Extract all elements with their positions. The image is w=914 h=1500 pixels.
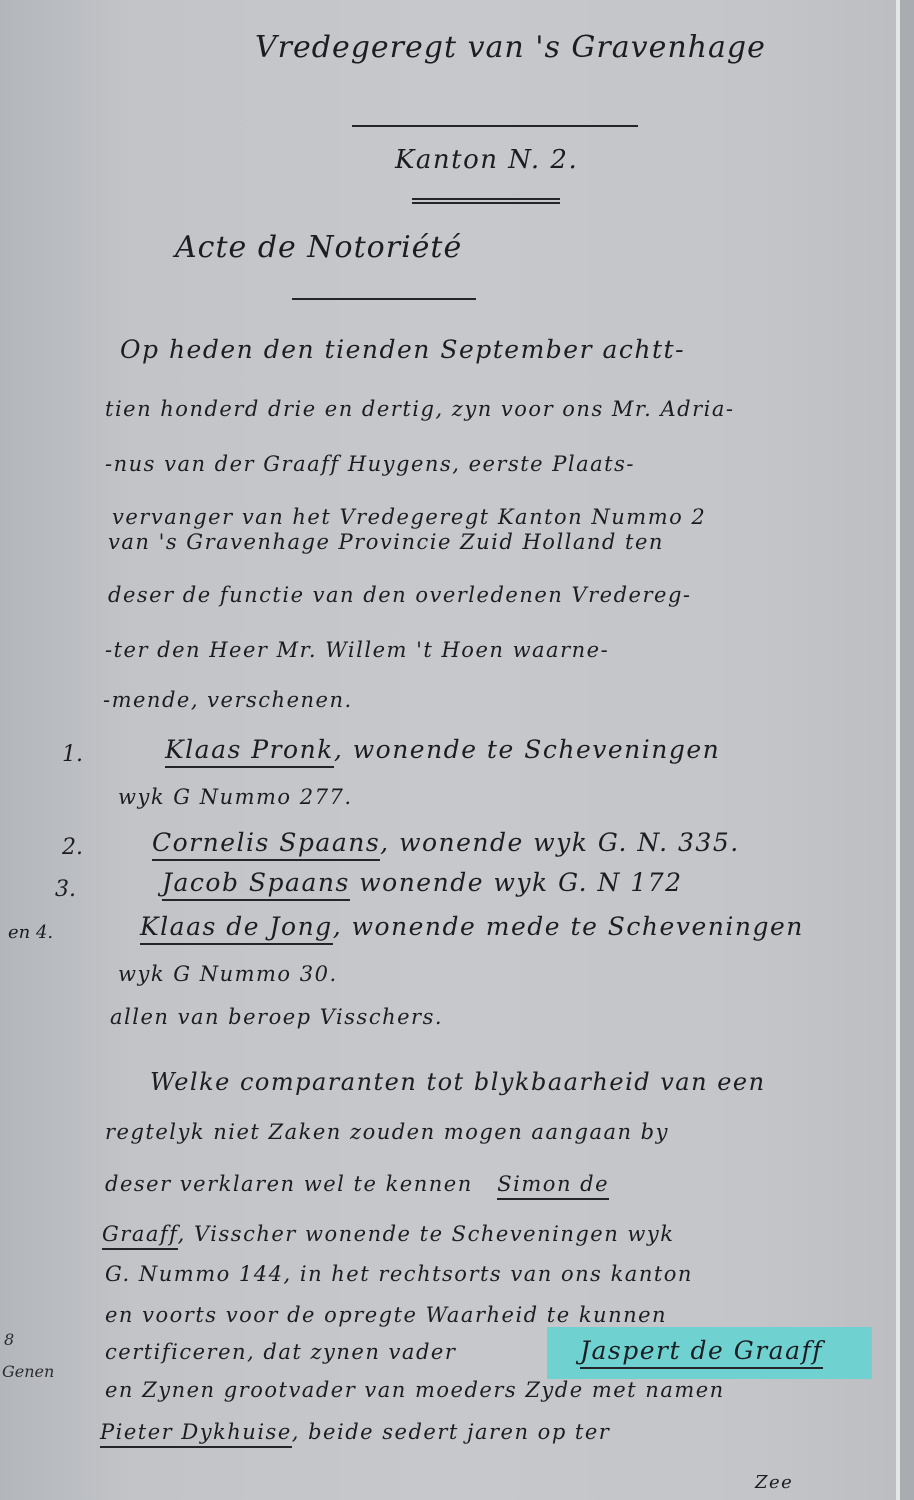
witness-detail: wonende wyk G. N 172 (350, 868, 683, 897)
witness-row: Jacob Spaans wonende wyk G. N 172 (162, 868, 683, 897)
body-line: certificeren, dat zynen vader (105, 1340, 456, 1364)
witness-number: 3. (55, 877, 76, 902)
witness-detail: , wonende mede te Scheveningen (333, 912, 804, 941)
binding-shadow (900, 0, 914, 1500)
highlighted-name: Jaspert de Graaff (580, 1336, 823, 1365)
court-heading: Vredegeregt van 's Gravenhage (255, 30, 766, 65)
witness-name: Jacob Spaans (162, 868, 350, 901)
witness-name: Klaas de Jong (140, 912, 333, 945)
body-line: deser verklaren wel te kennen Simon de (105, 1172, 609, 1196)
body-line: en voorts voor de opregte Waarheid te ku… (105, 1303, 667, 1327)
witness-number: en 4. (8, 922, 53, 943)
body-line: van 's Gravenhage Provincie Zuid Holland… (108, 530, 664, 554)
occupation-line: allen van beroep Visschers. (110, 1005, 443, 1029)
body-text: , beide sedert jaren op ter (292, 1420, 611, 1444)
body-line: deser de functie van den overledenen Vre… (108, 583, 691, 607)
body-line: Op heden den tienden September achtt- (120, 335, 685, 364)
witness-row: Klaas de Jong, wonende mede te Schevenin… (140, 912, 804, 941)
witness-name: Klaas Pronk (165, 735, 334, 768)
heading-rule (352, 125, 638, 127)
document-title: Acte de Notoriété (175, 230, 462, 265)
body-line: en Zynen grootvader van moeders Zyde met… (105, 1378, 725, 1402)
title-rule (292, 298, 476, 300)
witness-row: Klaas Pronk, wonende te Scheveningen (165, 735, 720, 764)
body-line: -mende, verschenen. (103, 688, 353, 712)
body-line: G. Nummo 144, in het rechtsorts van ons … (105, 1262, 693, 1286)
body-line: -nus van der Graaff Huygens, eerste Plaa… (105, 452, 635, 476)
witness-row: Cornelis Spaans, wonende wyk G. N. 335. (152, 828, 740, 857)
body-line: tien honderd drie en dertig, zyn voor on… (105, 397, 734, 421)
body-line: regtelyk niet Zaken zouden mogen aangaan… (105, 1120, 669, 1144)
margin-note: 8 (4, 1330, 14, 1349)
witness-detail: , wonende wyk G. N. 335. (380, 828, 740, 857)
body-line: Graaff, Visscher wonende te Scheveningen… (102, 1222, 674, 1246)
canton-rule-2 (412, 202, 560, 204)
body-text: , Visscher wonende te Scheveningen wyk (178, 1222, 675, 1246)
name-jaspert: Jaspert de Graaff (580, 1336, 823, 1369)
name-simon: Simon de (497, 1172, 609, 1200)
body-line: -ter den Heer Mr. Willem 't Hoen waarne- (105, 638, 609, 662)
body-text: deser verklaren wel te kennen (105, 1172, 473, 1196)
canton-rule (412, 198, 560, 200)
witness-detail: , wonende te Scheveningen (334, 735, 720, 764)
canton-heading: Kanton N. 2. (395, 145, 578, 175)
catchword: Zee (755, 1472, 793, 1493)
witness-number: 1. (62, 742, 83, 767)
body-line: vervanger van het Vredegeregt Kanton Num… (112, 505, 706, 529)
witness-address: wyk G Nummo 30. (118, 962, 338, 986)
body-line: Pieter Dykhuise, beide sedert jaren op t… (100, 1420, 610, 1444)
witness-name: Cornelis Spaans (152, 828, 380, 861)
name-graaff: Graaff (102, 1222, 178, 1250)
body-line: Welke comparanten tot blykbaarheid van e… (150, 1068, 766, 1096)
name-pieter: Pieter Dykhuise (100, 1420, 292, 1448)
witness-address: wyk G Nummo 277. (118, 785, 353, 809)
margin-note: Genen (2, 1362, 54, 1381)
witness-number: 2. (62, 835, 83, 860)
